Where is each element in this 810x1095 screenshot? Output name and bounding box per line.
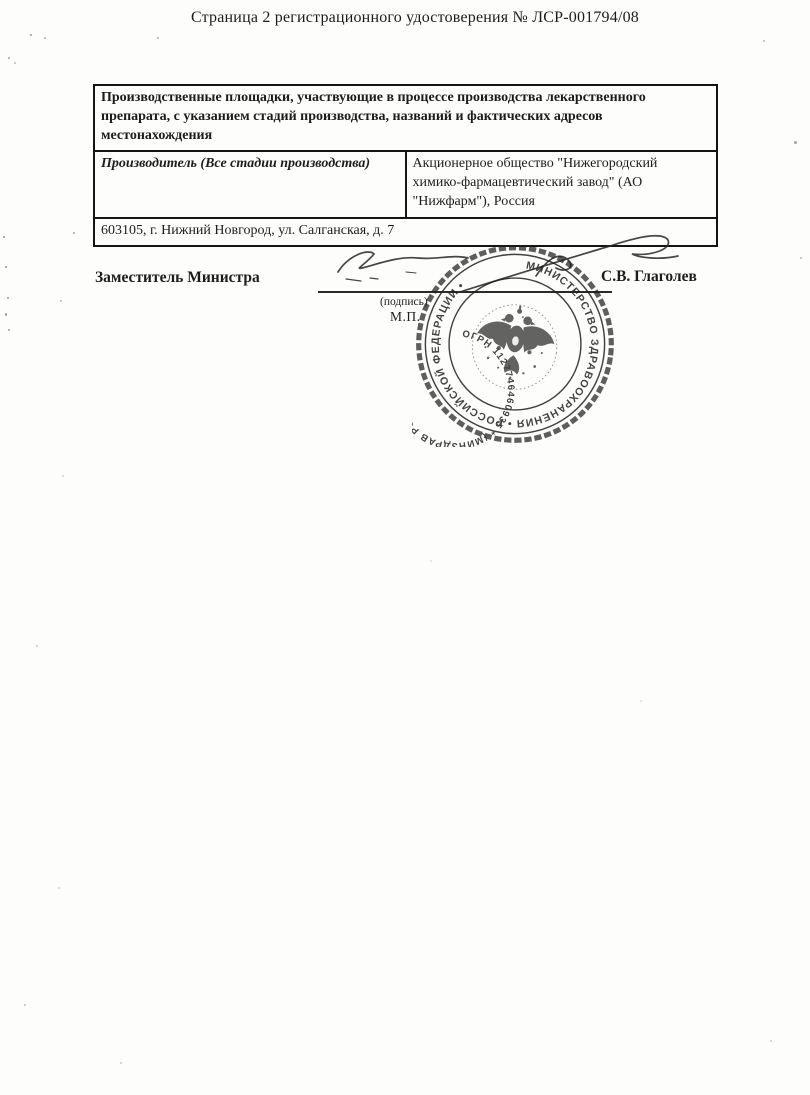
ministry-seal: МИНИСТЕРСТВО ЗДРАВООХРАНЕНИЯ • РОССИЙСКО… xyxy=(412,241,618,447)
table-row: Производитель (Все стадии производства) … xyxy=(94,151,717,217)
producer-value-cell: Акционерное общество "Нижегородский хими… xyxy=(406,151,718,217)
table-header-cell: Производственные площадки, участвующие в… xyxy=(94,85,717,151)
table-row: Производственные площадки, участвующие в… xyxy=(94,85,717,151)
signer-title: Заместитель Министра xyxy=(95,269,260,287)
page-title: Страница 2 регистрационного удостоверени… xyxy=(10,9,810,27)
producer-label-cell: Производитель (Все стадии производства) xyxy=(94,151,406,217)
production-sites-table: Производственные площадки, участвующие в… xyxy=(93,84,718,247)
